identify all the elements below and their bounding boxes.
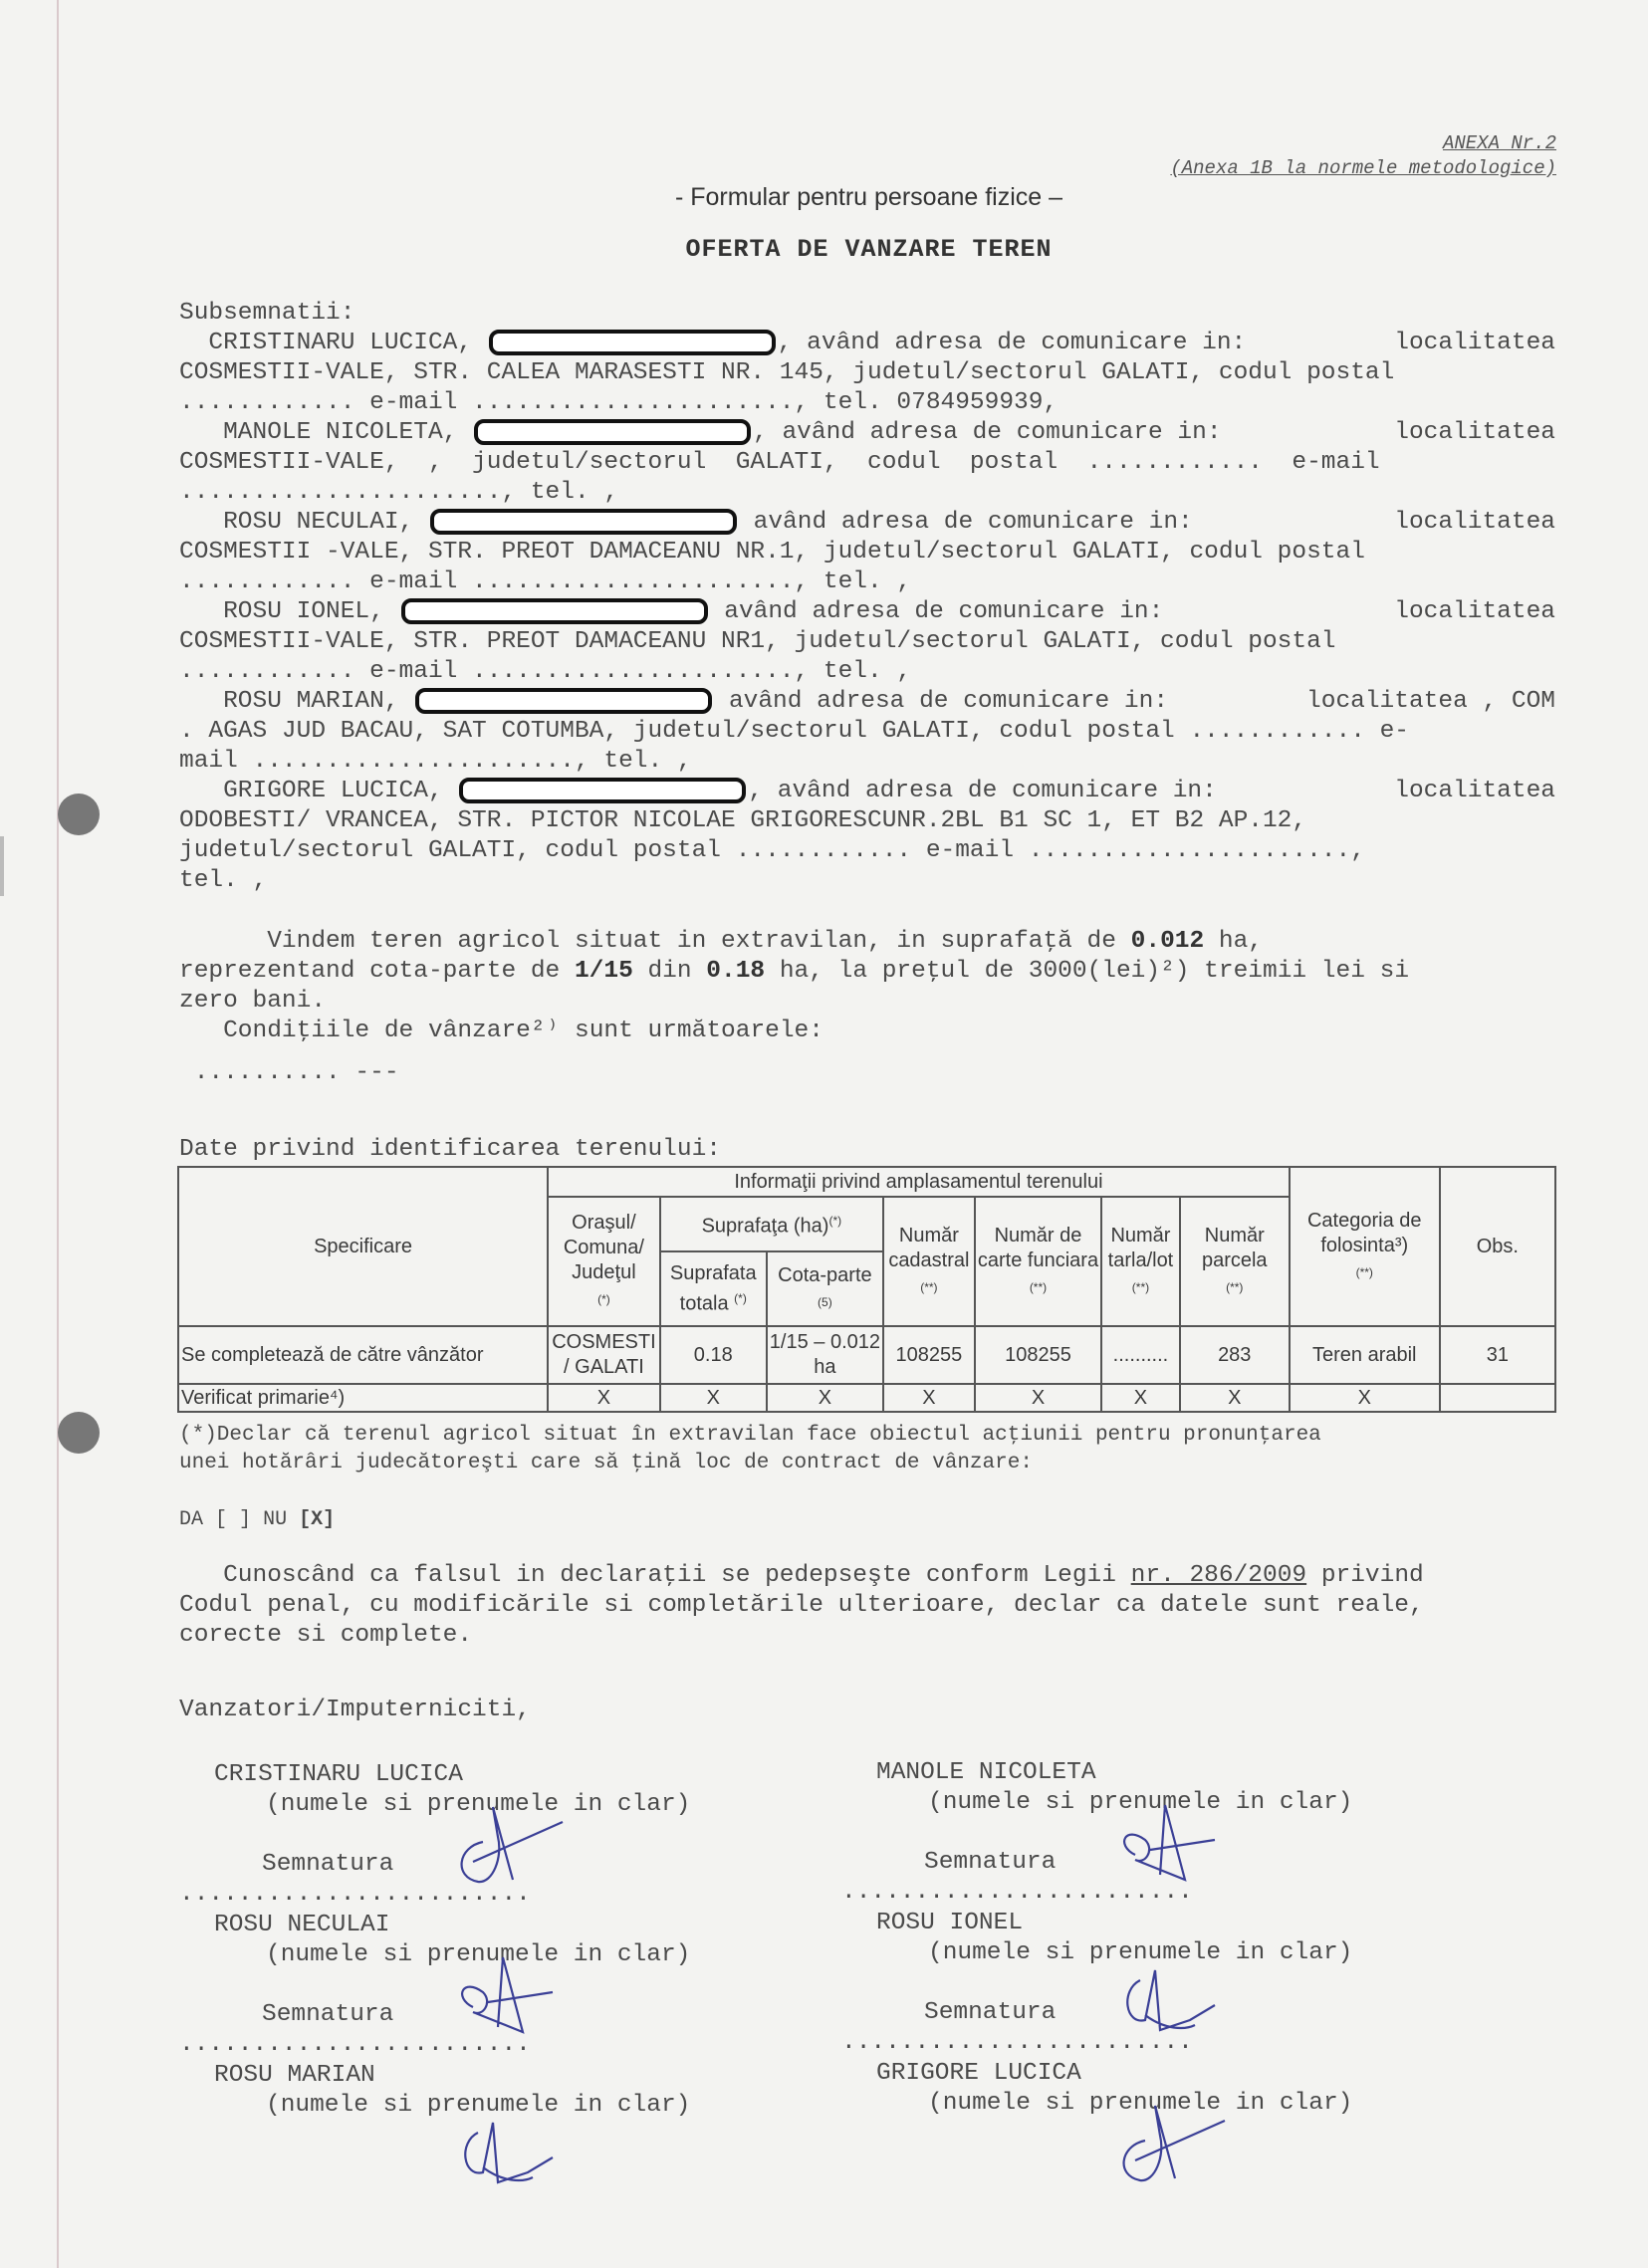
judgment-option: DA [ ] NU [X] [179, 1508, 335, 1531]
signatory-name: ROSU MARIAN [214, 2061, 690, 2091]
signatory-name: CRISTINARU LUCICA [214, 1760, 690, 1790]
signatures-heading: Vanzatori/Imputerniciti, [179, 1697, 531, 1723]
offer-share: 1/15 [575, 957, 633, 987]
handwritten-signature-icon [453, 2103, 583, 2197]
conditions-value: .......... --- [179, 1058, 1555, 1088]
offer-line-1: Vindem teren agricol situat in extravila… [179, 927, 1555, 957]
intro-label: Subsemnatii: [179, 299, 1555, 329]
punch-hole-icon [58, 1412, 100, 1454]
seller-contact: ............ e-mail ....................… [179, 388, 1555, 418]
seller-address: . AGAS JUD BACAU, SAT COTUMBA, judetul/s… [179, 717, 1555, 747]
col-header-area-total: Suprafata totala (*) [660, 1251, 767, 1326]
offer-line-3: zero bani. [179, 987, 1555, 1017]
seller-contact: tel. , [179, 866, 1555, 896]
col-header-group: Informaţii privind amplasamentul terenul… [548, 1167, 1290, 1197]
seller-contact: mail ......................, tel. , [179, 747, 1555, 777]
signatory-name: ROSU NECULAI [214, 1911, 690, 1940]
signature-line: ........................ [841, 1878, 1352, 1908]
redacted-id-field [489, 330, 776, 355]
form-type: - Formular pentru persoane fizice – [0, 183, 1648, 212]
scan-page-edge [57, 0, 59, 2268]
scan-edge-mark [0, 836, 4, 896]
checkbox-nu[interactable]: [X] [299, 1508, 335, 1531]
table-row: Verificat primarie⁴) X X X X X X X X [178, 1384, 1555, 1412]
seller-address: COSMESTII-VALE, , judetul/sectorul GALAT… [179, 448, 1555, 478]
col-header-tarla: Număr tarla/lot(**) [1101, 1197, 1180, 1326]
annex-number: ANEXA Nr.2 [996, 132, 1556, 154]
seller-contact: ......................, tel. , [179, 478, 1555, 508]
declaration: Cunoscând ca falsul in declaraţii se ped… [179, 1561, 1555, 1651]
seller-address: COSMESTII -VALE, STR. PREOT DAMACEANU NR… [179, 538, 1555, 567]
signatory-name: GRIGORE LUCICA [876, 2059, 1352, 2089]
signature-entry: ROSU NECULAI(numele si prenumele in clar… [214, 1911, 690, 2061]
signature-entry: MANOLE NICOLETA(numele si prenumele in c… [876, 1758, 1352, 1909]
signature-column-left: CRISTINARU LUCICA(numele si prenumele in… [214, 1760, 690, 2151]
col-header-area-share: Cota-parte(5) [767, 1251, 883, 1326]
redacted-id-field [459, 778, 746, 803]
seller-header: ROSU NECULAI, având adresa de comunicare… [179, 508, 1555, 538]
seller-header: MANOLE NICOLETA, , având adresa de comun… [179, 418, 1555, 448]
handwritten-signature-icon [453, 1802, 583, 1897]
signatory-name: MANOLE NICOLETA [876, 1758, 1352, 1788]
annex-reference: (Anexa 1B la normele metodologice) [996, 157, 1556, 179]
col-header-cadastral: Număr cadastral(**) [883, 1197, 975, 1326]
land-identification-table: Specificare Informaţii privind amplasame… [177, 1166, 1556, 1413]
footnote: (*)Declar că terenul agricol situat în e… [179, 1422, 1321, 1477]
seller-header: ROSU MARIAN, având adresa de comunicare … [179, 687, 1555, 717]
seller-address: ODOBESTI/ VRANCEA, STR. PICTOR NICOLAE G… [179, 806, 1555, 836]
offer-section: Vindem teren agricol situat in extravila… [179, 927, 1555, 1088]
signature-entry: GRIGORE LUCICA(numele si prenumele in cl… [876, 2059, 1352, 2149]
seller-contact: ............ e-mail ....................… [179, 567, 1555, 597]
redacted-id-field [401, 598, 708, 624]
col-header-category: Categoria de folosinta³)(**) [1290, 1167, 1440, 1326]
offer-area: 0.012 [1131, 927, 1205, 957]
signature-column-right: MANOLE NICOLETA(numele si prenumele in c… [876, 1758, 1352, 2149]
redacted-id-field [430, 509, 737, 535]
col-header-specificare: Specificare [178, 1167, 548, 1326]
seller-header: CRISTINARU LUCICA, , având adresa de com… [179, 329, 1555, 358]
signature-entry: ROSU MARIAN(numele si prenumele in clar) [214, 2061, 690, 2151]
offer-line-2: reprezentand cota-parte de 1/15 din 0.18… [179, 957, 1555, 987]
col-header-obs: Obs. [1440, 1167, 1555, 1326]
signature-entry: CRISTINARU LUCICA(numele si prenumele in… [214, 1760, 690, 1911]
sellers-section: Subsemnatii: CRISTINARU LUCICA, , având … [179, 299, 1555, 896]
table-caption: Date privind identificarea terenului: [179, 1136, 721, 1163]
col-header-locality: Oraşul/Comuna/Judeţul(*) [548, 1197, 660, 1326]
handwritten-signature-icon [1115, 2101, 1245, 2195]
handwritten-signature-icon [1115, 1950, 1245, 2045]
seller-header: ROSU IONEL, având adresa de comunicare i… [179, 597, 1555, 627]
seller-address-2: judetul/sectorul GALATI, codul postal ..… [179, 836, 1555, 866]
conditions-label: Condiţiile de vânzare²⁾ sunt următoarele… [179, 1017, 1555, 1046]
redacted-id-field [415, 688, 712, 714]
redacted-id-field [474, 419, 751, 445]
signatory-name: ROSU IONEL [876, 1909, 1352, 1938]
seller-address: COSMESTII-VALE, STR. CALEA MARASESTI NR.… [179, 358, 1555, 388]
signature-line: ........................ [179, 2030, 690, 2060]
offer-total-area: 0.18 [706, 957, 765, 987]
signature-line: ........................ [179, 1880, 690, 1910]
seller-contact: ............ e-mail ....................… [179, 657, 1555, 687]
seller-header: GRIGORE LUCICA, , având adresa de comuni… [179, 777, 1555, 806]
handwritten-signature-icon [453, 1952, 583, 2047]
signature-line: ........................ [841, 2028, 1352, 2058]
page-title: OFERTA DE VANZARE TEREN [0, 235, 1648, 264]
col-header-land-book: Număr de carte funciara(**) [975, 1197, 1101, 1326]
col-header-area-group: Suprafaţa (ha)(*) [660, 1197, 883, 1251]
checkbox-da[interactable]: [ ] [215, 1508, 251, 1531]
table-row: Se completează de către vânzător COSMEST… [178, 1326, 1555, 1384]
col-header-parcel: Număr parcela(**) [1180, 1197, 1290, 1326]
signature-entry: ROSU IONEL(numele si prenumele in clar)S… [876, 1909, 1352, 2059]
punch-hole-icon [58, 794, 100, 835]
handwritten-signature-icon [1115, 1800, 1245, 1895]
seller-address: COSMESTII-VALE, STR. PREOT DAMACEANU NR1… [179, 627, 1555, 657]
law-reference: nr. 286/2009 [1131, 1561, 1306, 1591]
